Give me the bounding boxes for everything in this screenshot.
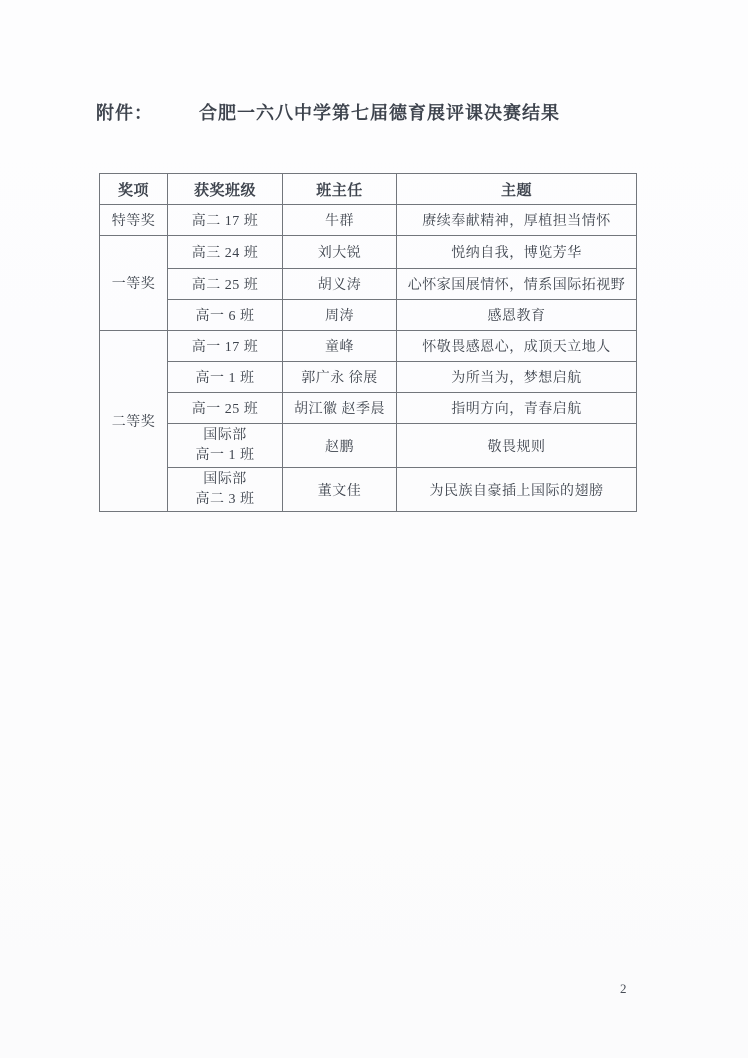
col-header-theme: 主题 [397,174,637,205]
teacher-cell: 童峰 [283,331,397,362]
class-cell: 国际部 高二 3 班 [168,468,283,512]
award-cell: 特等奖 [100,205,168,236]
table-header-row: 奖项 获奖班级 班主任 主题 [100,174,637,205]
awards-table: 奖项 获奖班级 班主任 主题 特等奖 高二 17 班 牛群 赓续奉献精神，厚植担… [99,173,637,512]
teacher-cell: 胡义涛 [283,269,397,300]
table-row: 特等奖 高二 17 班 牛群 赓续奉献精神，厚植担当情怀 [100,205,637,236]
table-row: 国际部 高一 1 班 赵鹏 敬畏规则 [100,424,637,468]
theme-cell: 赓续奉献精神，厚植担当情怀 [397,205,637,236]
class-cell: 高二 25 班 [168,269,283,300]
table-row: 国际部 高二 3 班 董文佳 为民族自豪插上国际的翅膀 [100,468,637,512]
theme-cell: 悦纳自我，博览芳华 [397,236,637,269]
class-cell: 高一 25 班 [168,393,283,424]
theme-cell: 指明方向，青春启航 [397,393,637,424]
theme-cell: 为民族自豪插上国际的翅膀 [397,468,637,512]
class-cell: 高三 24 班 [168,236,283,269]
scanned-document-page: 附件：合肥一六八中学第七届德育展评课决赛结果 奖项 获奖班级 班主任 主题 特等… [0,0,748,1058]
col-header-award: 奖项 [100,174,168,205]
theme-cell: 怀敬畏感恩心，成顶天立地人 [397,331,637,362]
teacher-cell: 赵鹏 [283,424,397,468]
col-header-class: 获奖班级 [168,174,283,205]
page-number: 2 [620,981,627,997]
teacher-cell: 董文佳 [283,468,397,512]
attachment-label: 附件： [96,99,153,125]
table-row: 高一 6 班 周涛 感恩教育 [100,300,637,331]
table-row: 高一 1 班 郭广永 徐展 为所当为，梦想启航 [100,362,637,393]
class-cell: 国际部 高一 1 班 [168,424,283,468]
theme-cell: 敬畏规则 [397,424,637,468]
theme-cell: 心怀家国展情怀，情系国际拓视野 [397,269,637,300]
class-cell: 高二 17 班 [168,205,283,236]
document-title-line: 附件：合肥一六八中学第七届德育展评课决赛结果 [96,99,560,125]
teacher-cell: 周涛 [283,300,397,331]
table-row: 高二 25 班 胡义涛 心怀家国展情怀，情系国际拓视野 [100,269,637,300]
teacher-cell: 刘大锐 [283,236,397,269]
table-row: 二等奖 高一 17 班 童峰 怀敬畏感恩心，成顶天立地人 [100,331,637,362]
teacher-cell: 胡江徽 赵季晨 [283,393,397,424]
teacher-cell: 郭广永 徐展 [283,362,397,393]
page-title: 合肥一六八中学第七届德育展评课决赛结果 [199,103,560,123]
theme-cell: 为所当为，梦想启航 [397,362,637,393]
class-cell: 高一 17 班 [168,331,283,362]
award-cell: 一等奖 [100,236,168,331]
award-cell: 二等奖 [100,331,168,512]
table-row: 高一 25 班 胡江徽 赵季晨 指明方向，青春启航 [100,393,637,424]
teacher-cell: 牛群 [283,205,397,236]
class-cell: 高一 6 班 [168,300,283,331]
theme-cell: 感恩教育 [397,300,637,331]
col-header-teacher: 班主任 [283,174,397,205]
class-cell: 高一 1 班 [168,362,283,393]
table-row: 一等奖 高三 24 班 刘大锐 悦纳自我，博览芳华 [100,236,637,269]
